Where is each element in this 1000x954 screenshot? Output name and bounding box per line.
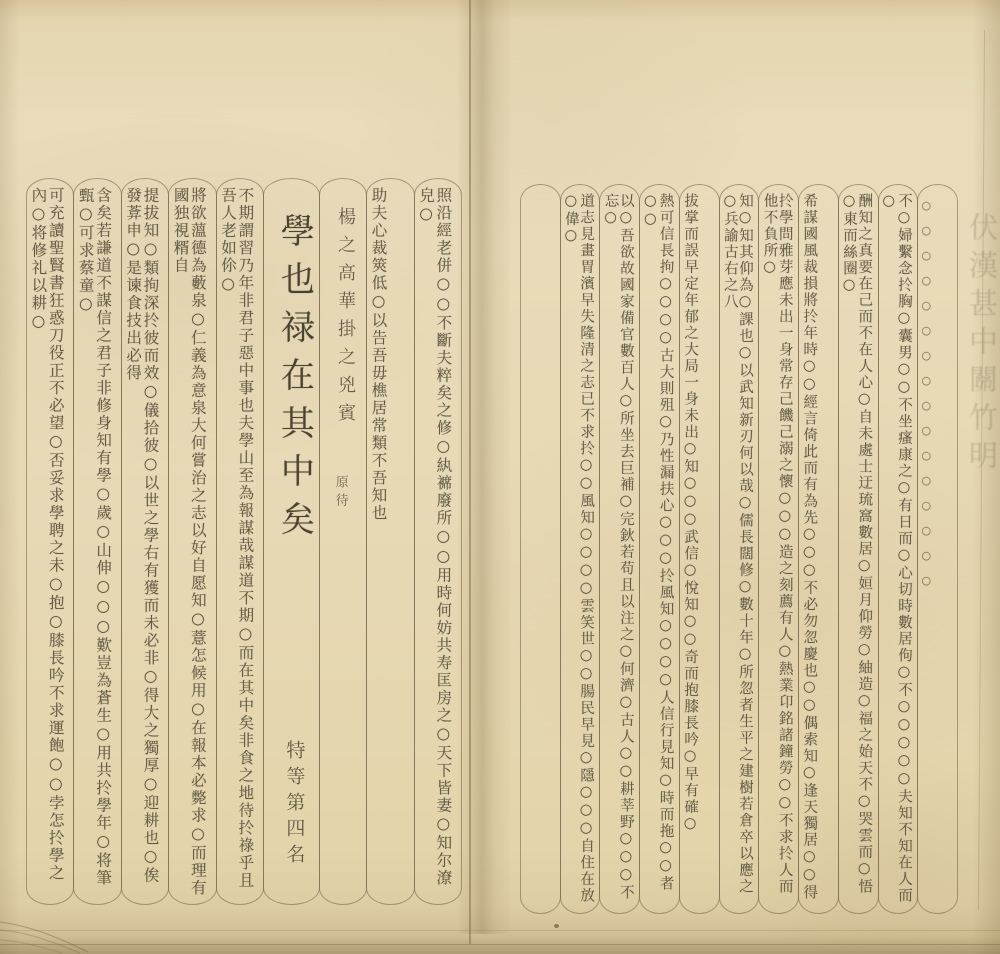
bottom-edge-line [0,944,1000,945]
manuscript-scan: { "document": { "kind": "handwritten two… [0,0,1000,954]
right-page-frame: ○○○○○○○○○○○○○○○○ 不○婦繫念扵胸○囊男○○不坐瘙康之○有日而○心… [520,184,958,914]
annotation-text: 楊之高華掛之兇賓 [332,207,354,431]
ink-speck [554,924,559,928]
column-text: 知○知其仰為○課也○以武知新刃何以哉○儒長闊修○數十年○所忽者生平之建樹若倉卒以… [720,185,754,913]
text-column: 熱可信長拘○○○○古大則殂○乃性漏扶心○○○扵風知○○○○人信行見知○時而拖○○… [639,184,680,914]
bottom-crease-line [0,930,1000,931]
column-text: 希謀國風裁損將扵年時○○經言倚此而有為先○○○不必勿忽慶也○○偶索知○逢天獨居○… [799,185,818,913]
text-column: 不○婦繫念扵胸○囊男○○不坐瘙康之○有日而○心切時數居佝○不○○○○○夫知不知在… [878,184,919,914]
column-text: 拔掌而誤早定年郁之大局一身未出○知○○○武信○悅知○○奇而抱膝長吟○早有確○ [680,185,699,913]
column-text: 酬知之真要在己而不在人心○自未處士迂琉窩數居○姮月仰勞○紬造○福之始天不○哭雲而… [839,185,873,913]
column-text: 扵學問雅芽應未出一身常存己饑己溺之懷○○○造之刻薦有人○熱業卬銘諸鐘勞○○不求扵… [759,185,793,913]
text-column: 不期謂習乃年非君子惡中事也夫學山至為報謀哉謀道不期○而在其中矣非食之地待扵祿乎且… [216,178,264,905]
annotation-column: 楊之高華掛之兇賓 原待 [319,178,367,905]
column-text: 提拔知○類拘深扵彼而效○儀拾彼○以世之學右有獲而未必非○得大之獨厚○迎耕也○俟發… [122,179,161,904]
left-page-edge-shade [0,0,20,954]
text-column: 道志見畫胃濱早失隆清之志已不求扵○○風知○○○○雲笑世○○腸民早見○隱○○○自住… [560,184,601,914]
gutter-crease-line [469,0,471,944]
column-text: 照沿經老併○○不斷夫粹矣之修○紈褯廢所○○用時何妨共寿匡房之○天下皆妻○知尔潦皃… [415,179,454,904]
text-column: 助夫心裁筴低○以告吾毋樵居常類不吾知也 [366,178,414,905]
column-text: 不期謂習乃年非君子惡中事也夫學山至為報謀哉謀道不期○而在其中矣非食之地待扵祿乎且… [217,179,256,904]
text-column: 以○吾欲故國家備官數百人○所坐去巨補○完鈥若苟且以注之○何濟○古人○○耕莘野○○… [599,184,640,914]
column-text [521,185,525,913]
column-text: 不○婦繫念扵胸○囊男○○不坐瘙康之○有日而○心切時數居佝○不○○○○○夫知不知在… [879,185,913,913]
column-text: 熱可信長拘○○○○古大則殂○乃性漏扶心○○○扵風知○○○○人信行見知○時而拖○○… [640,185,674,913]
grade-note: 特等第四名 [279,740,303,870]
column-text: 含矣若謙道不謀信之君子非修身知有學○歲○山伸○○○歎豈為蒼生○用共扵學年○将筆甄… [74,179,113,904]
text-column: 將欲薀德為藪泉○仁義為意泉大何嘗治之志以好自愿知○薏怎候用○在報本必斃求○而理有… [168,178,216,905]
column-text: ○○○○○○○○○○○○○○○○ [918,185,934,913]
column-text: 助夫心裁筴低○以告吾毋樵居常類不吾知也 [367,179,388,904]
annotation-small-text: 原待 [334,475,347,511]
headline-text: 學也禄在其中矣 [271,213,311,549]
left-page-frame: 照沿經老併○○不斷夫粹矣之修○紈褯廢所○○用時何妨共寿匡房之○天下皆妻○知尔潦皃… [26,178,462,905]
circle-marks-column: ○○○○○○○○○○○○○○○○ [917,184,958,914]
text-column: 提拔知○類拘深扵彼而效○儀拾彼○以世之學右有獲而未必非○得大之獨厚○迎耕也○俟發… [121,178,169,905]
faint-margin-title: 伏漢甚中關竹明 [960,212,996,478]
headline-column: 學也禄在其中矣 特等第四名 [263,178,320,905]
column-text: 道志見畫胃濱早失隆清之志已不求扵○○風知○○○○雲笑世○○腸民早見○隱○○○自住… [561,185,595,913]
text-column: 酬知之真要在己而不在人心○自未處士迂琉窩數居○姮月仰勞○紬造○福之始天不○哭雲而… [838,184,879,914]
column-text: 可充讀聖賢書狂惑刀役正不必望○否妥求學聘之未○抱○膝長吟不求運飽○○孛怎扵學之內… [27,179,66,904]
column-text: 以○吾欲故國家備官數百人○所坐去巨補○完鈥若苟且以注之○何濟○古人○○耕莘野○○… [600,185,634,913]
page-corner-curl-icon [0,916,90,954]
text-column: 希謀國風裁損將扵年時○○經言倚此而有為先○○○不必勿忽慶也○○偶索知○逢天獨居○… [798,184,839,914]
text-column: 拔掌而誤早定年郁之大局一身未出○知○○○武信○悅知○○奇而抱膝長吟○早有確○ [679,184,720,914]
empty-column [520,184,561,914]
text-column: 可充讀聖賢書狂惑刀役正不必望○否妥求學聘之未○抱○膝長吟不求運飽○○孛怎扵學之內… [26,178,74,905]
column-text: 將欲薀德為藪泉○仁義為意泉大何嘗治之志以好自愿知○薏怎候用○在報本必斃求○而理有… [169,179,208,904]
text-column: 含矣若謙道不謀信之君子非修身知有學○歲○山伸○○○歎豈為蒼生○用共扵學年○将筆甄… [73,178,121,905]
text-column: 照沿經老併○○不斷夫粹矣之修○紈褯廢所○○用時何妨共寿匡房之○天下皆妻○知尔潦皃… [414,178,462,905]
text-column: 扵學問雅芽應未出一身常存己饑己溺之懷○○○造之刻薦有人○熱業卬銘諸鐘勞○○不求扵… [758,184,799,914]
page-gutter [458,0,510,934]
text-column: 知○知其仰為○課也○以武知新刃何以哉○儒長闊修○數十年○所忽者生平之建樹若倉卒以… [719,184,760,914]
